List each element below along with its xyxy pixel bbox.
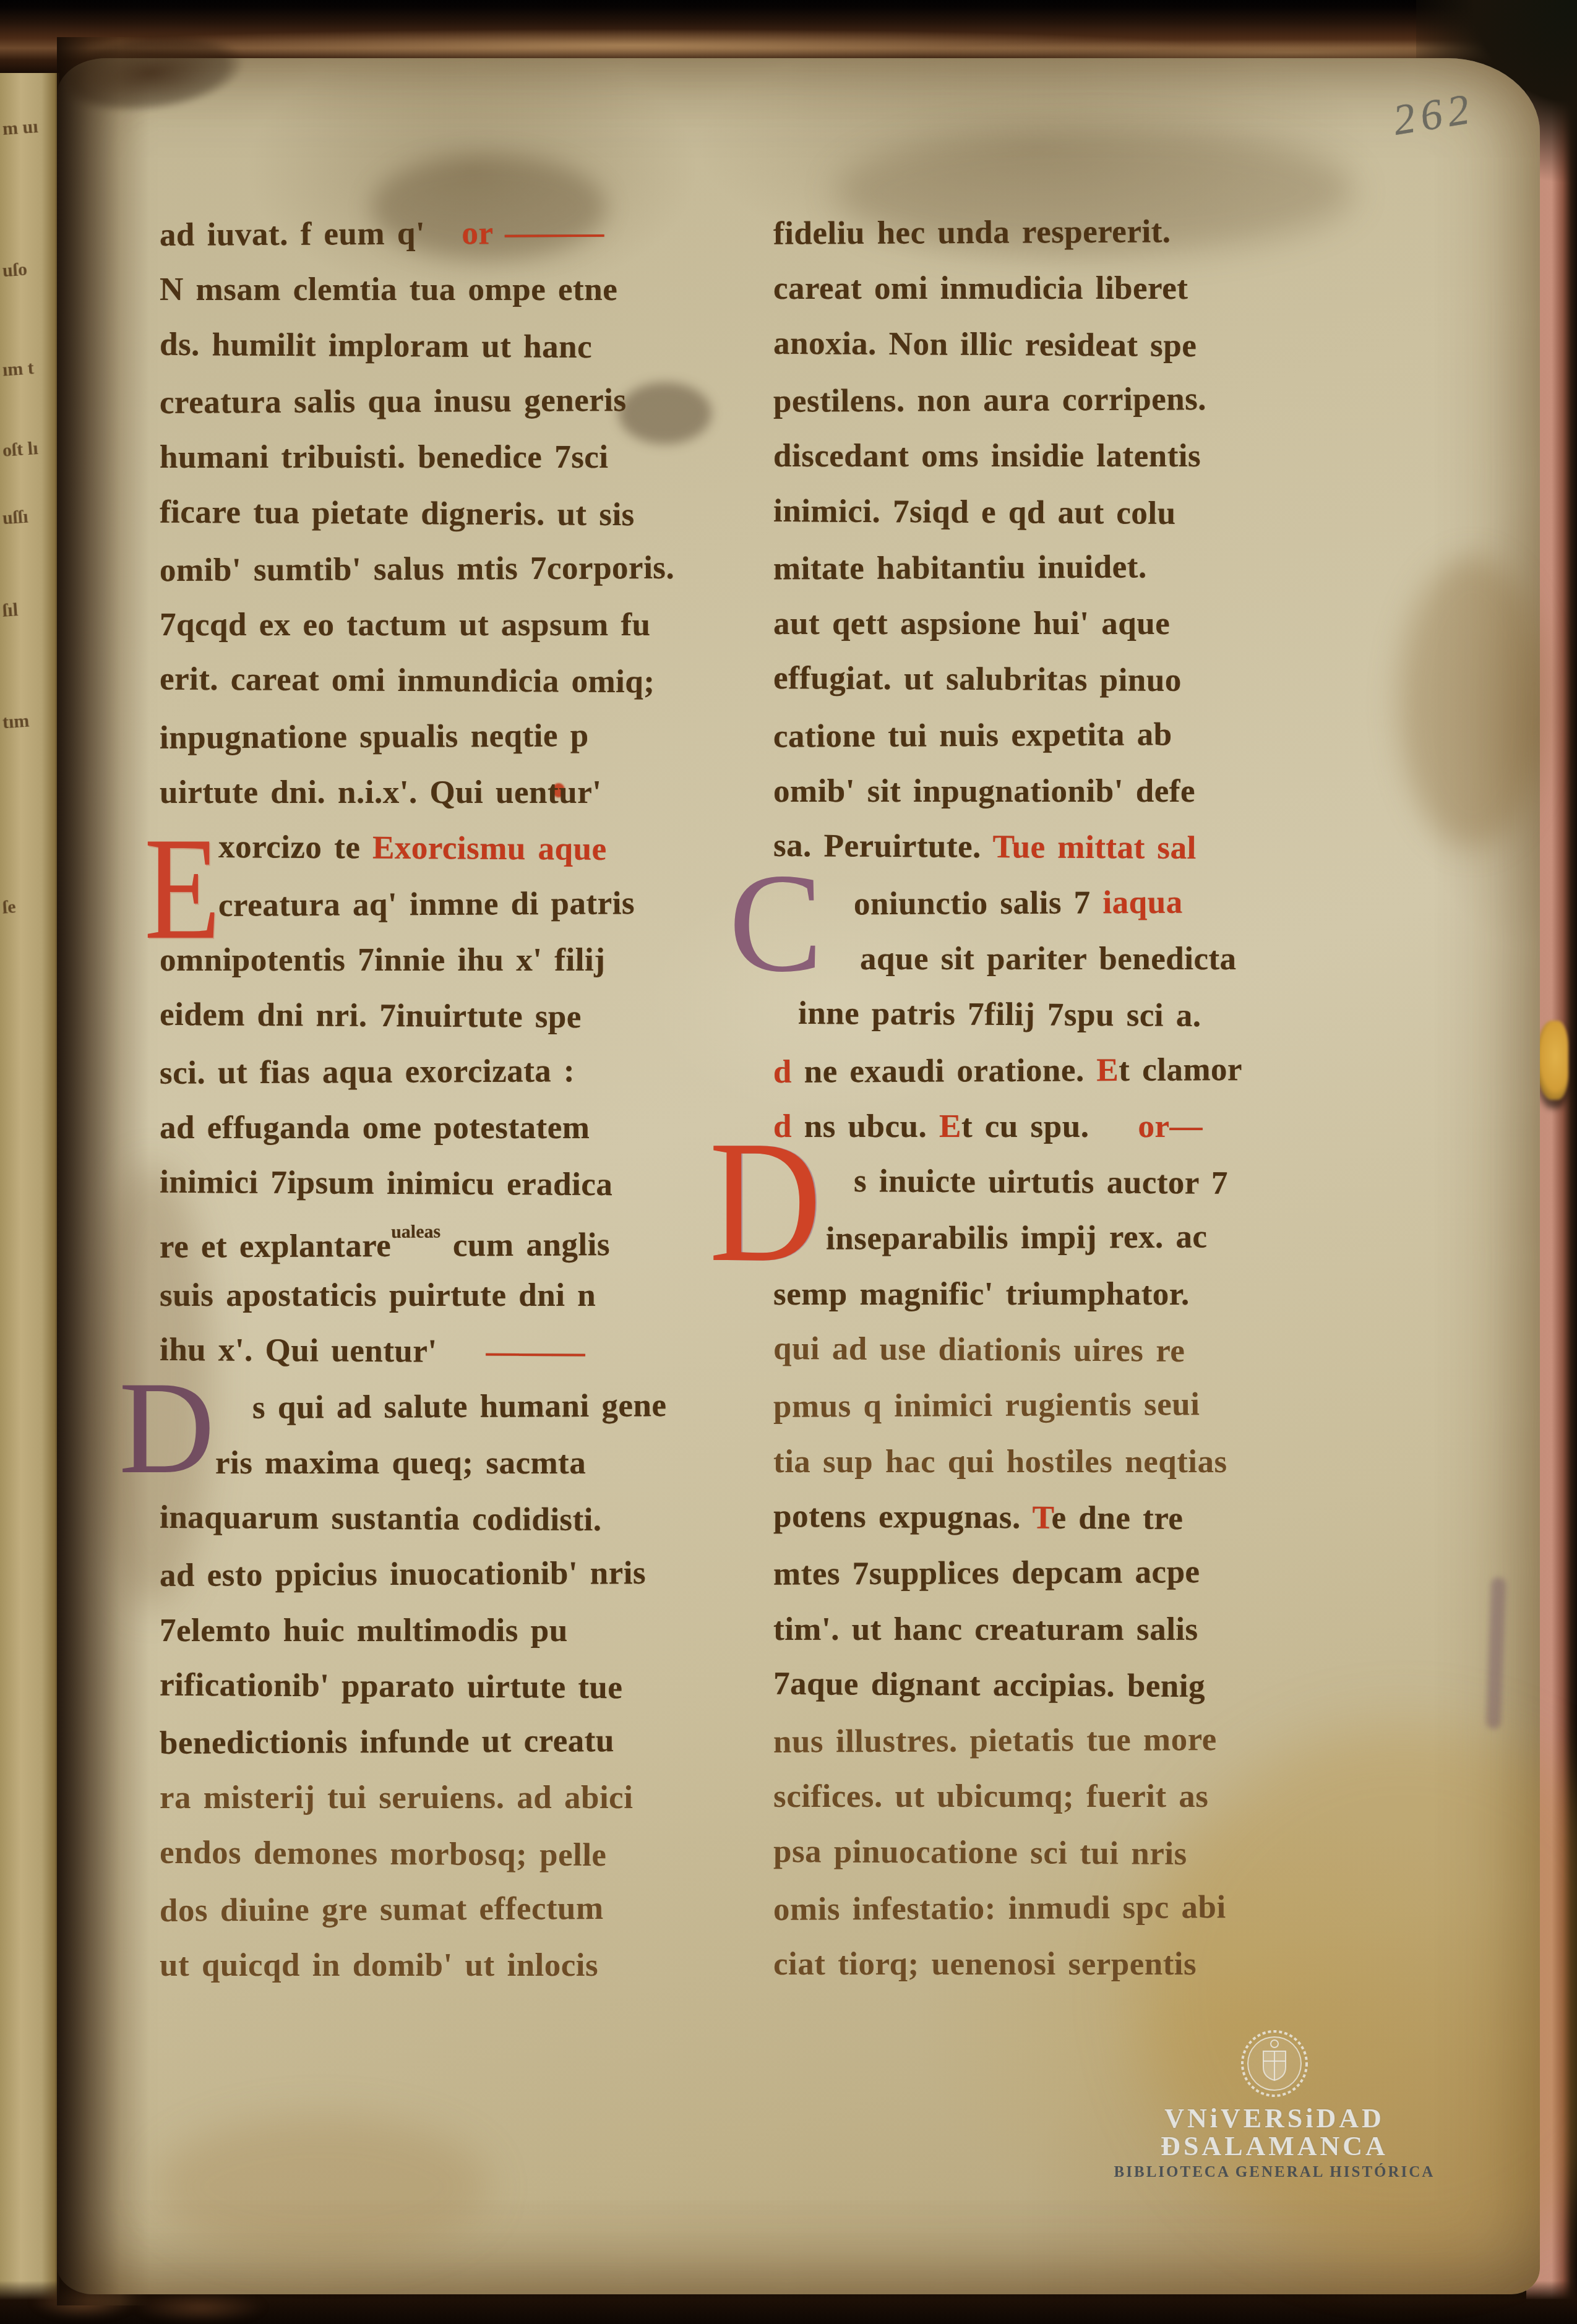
manuscript-photo: 262 ad iuvat. f eum q' or ———N msam clem… [0,0,1577,2324]
manuscript-line: effugiat. ut salubritas pinuo [773,662,1182,697]
text-run: scifices. ut ubicumq; fuerit as [773,1778,1208,1814]
manuscript-line: omis infestatio: inmudi spc abi [773,1891,1226,1926]
text-run: ne exaudi oratione. [792,1052,1097,1090]
text-run: t clamor [1119,1052,1242,1088]
manuscript-line: fideliu hec unda respererit. [773,215,1171,250]
manuscript-line: pmus q inimici rugientis seui [773,1388,1200,1423]
text-run: pestilens. non aura corripens. [773,381,1206,419]
text-run: E [1096,1052,1119,1088]
manuscript-line: inne patris 7filij 7spu sci a. [798,997,1201,1032]
manuscript-line: omib' sit inpugnationib' defe [773,775,1195,808]
text-run: omib' sit inpugnationib' defe [773,773,1195,809]
manuscript-line: tim'. ut hanc creaturam salis [773,1613,1198,1646]
text-run: fideliu hec unda respererit. [773,213,1171,251]
manuscript-line: anoxia. Non illic resideat spe [773,327,1197,362]
university-seal-icon [1240,2029,1309,2098]
manuscript-line: careat omi inmudicia liberet [773,272,1188,305]
manuscript-line: pestilens. non aura corripens. [773,383,1206,418]
text-run: nus illustres. pietatis tue more [773,1722,1217,1760]
manuscript-line: inseparabilis impij rex. ac [826,1221,1208,1256]
text-run: Tue mittat sal [992,829,1197,866]
text-run: T [1032,1499,1051,1535]
column-right: fideliu hec unda respererit.careat omi i… [0,0,1577,2324]
text-run: t cu spu. [961,1108,1138,1144]
text-run: sa. Peruirtute. [773,828,993,865]
text-run: ciat tiorq; uenenosi serpentis [773,1946,1197,1982]
text-run: tia sup hac qui hostiles neqtias [773,1444,1227,1480]
text-run: qui ad use diationis uires re [773,1331,1185,1369]
text-run: inne patris 7filij 7spu sci a. [798,995,1201,1034]
text-run: 7aque dignant accipias. benig [773,1666,1205,1704]
manuscript-line: aut qett aspsione hui' aque [773,607,1170,640]
manuscript-line: catione tui nuis expetita ab [773,718,1172,753]
text-run: anoxia. Non illic resideat spe [773,325,1197,364]
manuscript-line: qui ad use diationis uires re [773,1332,1185,1368]
text-run: inimici. 7siqd e qd aut colu [773,493,1176,531]
manuscript-line: inimici. 7siqd e qd aut colu [773,495,1176,530]
manuscript-line: potens expugnas. Te dne tre [773,1500,1184,1535]
stamp-library-line: BIBLIOTECA GENERAL HISTÓRICA [1107,2164,1442,2181]
text-run: ns ubcu. [792,1108,939,1144]
text-run: catione tui nuis expetita ab [773,716,1172,754]
library-watermark: VNiVERSiDAD ÐSALAMANCA BIBLIOTECA GENERA… [1107,2029,1442,2181]
manuscript-line: scifices. ut ubicumq; fuerit as [773,1780,1208,1813]
text-run: pmus q inimici rugientis seui [773,1386,1200,1425]
manuscript-line: 7aque dignant accipias. benig [773,1668,1205,1703]
text-run: inseparabilis impij rex. ac [826,1219,1208,1257]
text-run: iaqua [1102,884,1182,920]
text-run: or— [1138,1108,1203,1144]
manuscript-line: mtes 7supplices depcam acpe [773,1556,1200,1591]
stamp-university-line2: ÐSALAMANCA [1107,2132,1442,2160]
text-run: aut qett aspsione hui' aque [773,606,1170,641]
manuscript-line: oniunctio salis 7 iaqua [854,886,1183,920]
text-run: oniunctio salis 7 [854,885,1103,922]
text-run: tim'. ut hanc creaturam salis [773,1611,1198,1647]
manuscript-line: tia sup hac qui hostiles neqtias [773,1446,1227,1478]
text-run: careat omi inmudicia liberet [773,270,1188,306]
manuscript-line: aque sit pariter benedicta [860,943,1237,975]
text-run: aque sit pariter benedicta [860,941,1237,977]
manuscript-line: sa. Peruirtute. Tue mittat sal [773,830,1197,865]
manuscript-line: mitate habitantiu inuidet. [773,551,1147,585]
manuscript-line: discedant oms insidie latentis [773,440,1201,473]
manuscript-line: nus illustres. pietatis tue more [773,1723,1217,1759]
manuscript-line: d ne exaudi oratione. Et clamor [773,1053,1242,1089]
text-run: semp magnific' triumphator. [773,1276,1190,1312]
stamp-university-line1: VNiVERSiDAD [1107,2104,1442,2132]
text-run: e dne tre [1051,1500,1183,1537]
text-run: d [773,1053,792,1089]
text-run: mitate habitantiu inuidet. [773,549,1147,586]
manuscript-line: ciat tiorq; uenenosi serpentis [773,1948,1197,1981]
text-run: discedant oms insidie latentis [773,438,1201,474]
text-run: d [773,1108,792,1144]
text-run: omis infestatio: inmudi spc abi [773,1889,1226,1927]
text-run: effugiat. ut salubritas pinuo [773,660,1182,698]
text-run: potens expugnas. [773,1498,1033,1536]
manuscript-line: s inuicte uirtutis auctor 7 [854,1165,1228,1200]
text-run: s inuicte uirtutis auctor 7 [854,1163,1228,1201]
text-run: E [939,1108,961,1144]
manuscript-line: d ns ubcu. Et cu spu. or— [773,1110,1203,1143]
manuscript-line: semp magnific' triumphator. [773,1278,1190,1311]
text-run: psa pinuocatione sci tui nris [773,1833,1187,1872]
manuscript-line: psa pinuocatione sci tui nris [773,1835,1187,1871]
text-run: mtes 7supplices depcam acpe [773,1554,1200,1592]
